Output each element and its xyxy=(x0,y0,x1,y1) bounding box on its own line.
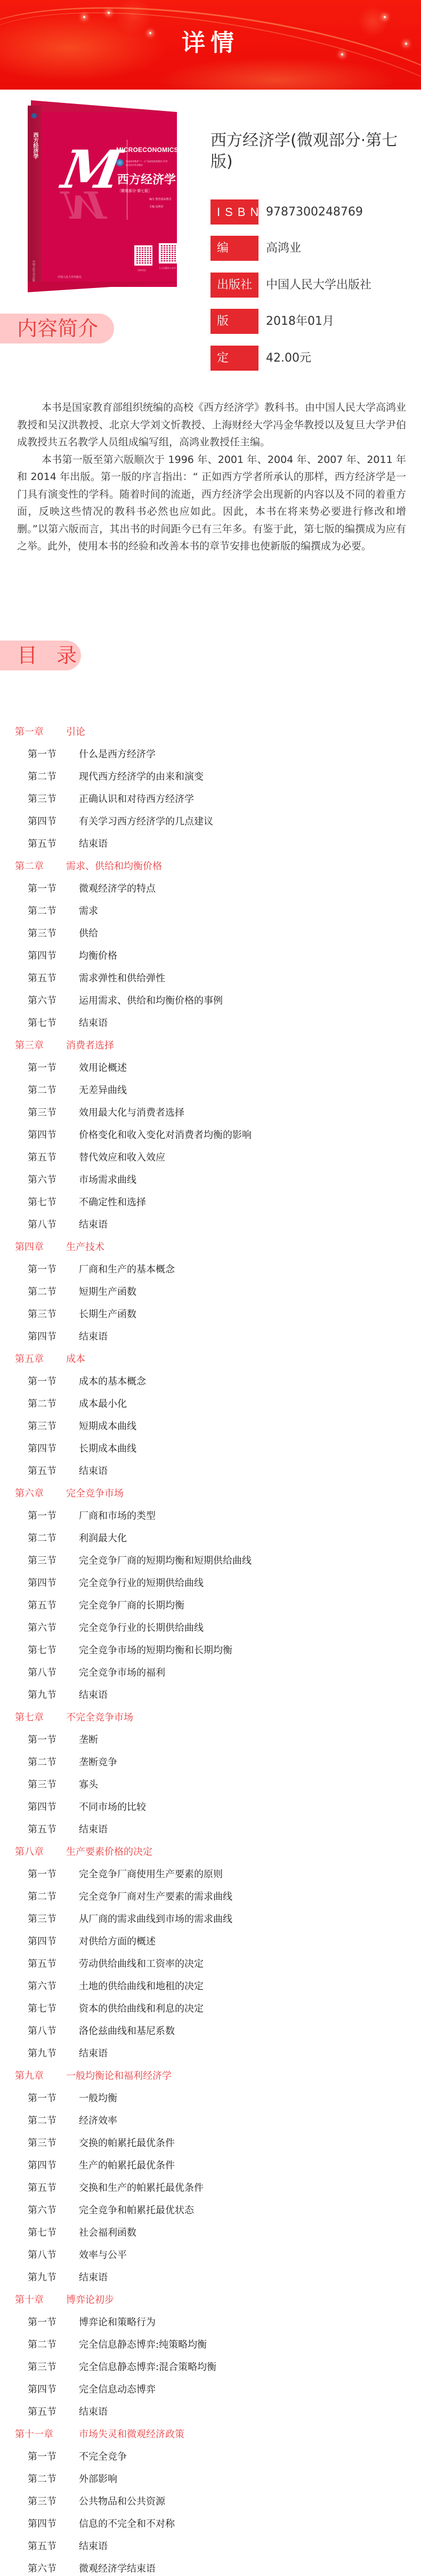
chapter-title: 成本 xyxy=(66,1354,85,1365)
section-title: 结束语 xyxy=(79,2541,108,2552)
section-title: 市场需求曲线 xyxy=(79,1174,136,1186)
section-number: 第三节 xyxy=(28,2356,79,2379)
section-number: 第六节 xyxy=(28,1617,79,1639)
chapter-number: 第七章 xyxy=(15,1707,66,1729)
sparkle-icon xyxy=(108,12,110,14)
section-title: 交换的帕累托最优条件 xyxy=(79,2138,175,2149)
toc-section[interactable]: 第二节无差异曲线 xyxy=(15,1079,409,1102)
section-number: 第五节 xyxy=(28,1147,79,1169)
section-title: 结束语 xyxy=(79,1690,108,1701)
section-title: 信息的不完全和不对称 xyxy=(79,2518,175,2530)
toc-chapter[interactable]: 第四章生产技术 xyxy=(15,1236,409,1259)
toc-section[interactable]: 第五节结束语 xyxy=(15,2535,409,2558)
section-number: 第七节 xyxy=(28,1012,79,1035)
toc-section[interactable]: 第一节厂商和市场的类型 xyxy=(15,1505,409,1527)
toc-section[interactable]: 第五节结束语 xyxy=(15,833,409,855)
cover-editor-line: 主编 高鸿业 xyxy=(149,205,164,209)
section-title: 利润最大化 xyxy=(79,1533,127,1544)
toc-chapter[interactable]: 第二章需求、供给和均衡价格 xyxy=(15,855,409,878)
series-badge-icon xyxy=(116,159,124,166)
section-number: 第六节 xyxy=(28,1169,79,1191)
section-number: 第一节 xyxy=(28,1505,79,1527)
toc-section[interactable]: 第四节价格变化和收入变化对消费者均衡的影响 xyxy=(15,1124,409,1147)
page-title: 详情 xyxy=(0,23,421,58)
toc-section[interactable]: 第四节生产的帕累托最优条件 xyxy=(15,2155,409,2177)
section-number: 第九节 xyxy=(28,1684,79,1707)
section-title: 结束语 xyxy=(79,2272,108,2283)
toc-section[interactable]: 第二节利润最大化 xyxy=(15,1527,409,1550)
toc-section[interactable]: 第五节结束语 xyxy=(15,1460,409,1483)
chapter-number: 第三章 xyxy=(15,1035,66,1057)
section-number: 第一节 xyxy=(28,1259,79,1281)
section-number: 第二节 xyxy=(28,1281,79,1303)
section-number: 第二节 xyxy=(28,900,79,923)
toc-section[interactable]: 第六节微观经济学结束语 xyxy=(15,2558,409,2576)
toc-section[interactable]: 第二节完全信息静态博弈:纯策略均衡 xyxy=(15,2334,409,2356)
section-number: 第五节 xyxy=(28,833,79,855)
book-front: M M MICROECONOMICS 普通高等教育“十一五”国家级规划教材 21… xyxy=(42,112,177,287)
book-cover-image: 西方经济学 中国人民大学出版社 M M MICROECONOMICS 普通高等教… xyxy=(28,100,177,292)
cover-english-title: MICROECONOMICS xyxy=(116,146,179,154)
section-number: 第四节 xyxy=(28,811,79,833)
section-number: 第六节 xyxy=(28,2558,79,2576)
chapter-title: 引论 xyxy=(66,726,85,738)
toc-section[interactable]: 第五节结束语 xyxy=(15,1819,409,1841)
toc-section[interactable]: 第一节微观经济学的特点 xyxy=(15,878,409,900)
info-value-price: 42.00元 xyxy=(266,346,311,371)
section-title: 资本的供给曲线和利息的决定 xyxy=(79,2003,204,2014)
chapter-title: 生产技术 xyxy=(66,1242,104,1253)
section-title: 劳动供给曲线和工资率的决定 xyxy=(79,1958,204,1970)
book-spine: 西方经济学 中国人民大学出版社 xyxy=(28,106,42,287)
section-number: 第八节 xyxy=(28,2244,79,2267)
toc-section[interactable]: 第五节需求弹性和供给弹性 xyxy=(15,967,409,990)
toc-section[interactable]: 第三节供给 xyxy=(15,923,409,945)
section-title: 完全竞争和帕累托最优状态 xyxy=(79,2205,194,2216)
section-number: 第三节 xyxy=(28,1550,79,1572)
toc-section[interactable]: 第三节效用最大化与消费者选择 xyxy=(15,1102,409,1124)
section-title: 长期成本曲线 xyxy=(79,1443,136,1454)
info-value-author: 高鸿业 xyxy=(266,236,301,261)
section-title: 社会福利函数 xyxy=(79,2227,136,2238)
section-title: 一般均衡 xyxy=(79,2093,117,2104)
info-label: 出版社 xyxy=(210,273,258,298)
section-title: 寡头 xyxy=(79,1779,98,1790)
chapter-number: 第二章 xyxy=(15,855,66,878)
section-number: 第四节 xyxy=(28,2155,79,2177)
intro-paragraph: 本书第一版至第六版顺次于 1996 年、2001 年、2004 年、2007 年… xyxy=(17,451,406,555)
section-number: 第四节 xyxy=(28,2379,79,2401)
section-heading-intro: 内容简介 xyxy=(0,314,114,343)
toc-section[interactable]: 第五节完全竞争厂商的长期均衡 xyxy=(15,1595,409,1617)
qr-code-icon xyxy=(134,245,152,266)
section-title: 短期成本曲线 xyxy=(79,1421,136,1432)
chapter-title: 不完全竞争市场 xyxy=(66,1712,133,1723)
section-number: 第二节 xyxy=(28,2468,79,2491)
chapter-title: 需求、供给和均衡价格 xyxy=(66,861,162,872)
section-number: 第三节 xyxy=(28,1102,79,1124)
section-title: 结束语 xyxy=(79,1824,108,1835)
section-number: 第七节 xyxy=(28,1998,79,2020)
section-title: 效用最大化与消费者选择 xyxy=(79,1107,184,1118)
section-title: 现代西方经济学的由来和演变 xyxy=(79,771,204,782)
cover-series-text: 普通高等教育“十一五”国家级规划教材 21世纪经济学系列教材 xyxy=(126,159,168,167)
info-row-isbn: ISBN 9787300248769 xyxy=(210,199,413,225)
section-number: 第四节 xyxy=(28,1326,79,1348)
section-number: 第四节 xyxy=(28,2513,79,2535)
toc-chapter[interactable]: 第九章一般均衡论和福利经济学 xyxy=(15,2065,409,2087)
section-number: 第四节 xyxy=(28,1796,79,1819)
header-banner: 详情 xyxy=(0,0,421,90)
toc-section[interactable]: 第九节结束语 xyxy=(15,2267,409,2289)
toc-section[interactable]: 第四节不同市场的比较 xyxy=(15,1796,409,1819)
section-title: 微观经济学结束语 xyxy=(79,2563,156,2574)
toc-section[interactable]: 第三节公共物品和公共资源 xyxy=(15,2491,409,2513)
section-title: 从厂商的需求曲线到市场的需求曲线 xyxy=(79,1914,232,1925)
toc-section[interactable]: 第一节厂商和生产的基本概念 xyxy=(15,1259,409,1281)
toc-section[interactable]: 第一节一般均衡 xyxy=(15,2087,409,2110)
section-heading-toc: 目 录 xyxy=(0,641,81,670)
cover-publisher: 中国人民大学出版社 xyxy=(58,275,82,279)
toc-section[interactable]: 第二节完全竞争厂商对生产要素的需求曲线 xyxy=(15,1886,409,1908)
section-title: 完全竞争市场的福利 xyxy=(79,1667,165,1678)
section-heading-text: 内容简介 xyxy=(17,314,98,343)
toc-chapter[interactable]: 第五章成本 xyxy=(15,1348,409,1371)
section-number: 第四节 xyxy=(28,1438,79,1460)
qr-label: 人大出版社公众号 xyxy=(159,267,176,270)
toc-chapter[interactable]: 第七章不完全竞争市场 xyxy=(15,1707,409,1729)
section-number: 第一节 xyxy=(28,1863,79,1886)
section-number: 第一节 xyxy=(28,2311,79,2334)
toc-section[interactable]: 第六节运用需求、供给和均衡价格的事例 xyxy=(15,990,409,1012)
section-title: 洛伦兹曲线和基尼系数 xyxy=(79,2026,175,2037)
section-number: 第九节 xyxy=(28,2043,79,2065)
section-title: 不确定性和选择 xyxy=(79,1197,146,1208)
section-title: 完全信息静态博弈:纯策略均衡 xyxy=(79,2339,207,2350)
toc-section[interactable]: 第六节土地的供给曲线和地租的决定 xyxy=(15,1975,409,1998)
toc-section[interactable]: 第七节完全竞争市场的短期均衡和长期均衡 xyxy=(15,1639,409,1662)
toc-section[interactable]: 第一节垄断 xyxy=(15,1729,409,1751)
toc-section[interactable]: 第四节有关学习西方经济学的几点建议 xyxy=(15,811,409,833)
section-number: 第五节 xyxy=(28,1595,79,1617)
section-title: 厂商和市场的类型 xyxy=(79,1510,156,1522)
chapter-title: 博弈论初步 xyxy=(66,2294,114,2306)
toc-section[interactable]: 第四节均衡价格 xyxy=(15,945,409,967)
section-number: 第四节 xyxy=(28,945,79,967)
section-heading-text: 目 录 xyxy=(17,641,83,670)
toc-section[interactable]: 第六节完全竞争行业的长期供给曲线 xyxy=(15,1617,409,1639)
section-title: 效率与公平 xyxy=(79,2250,127,2261)
section-number: 第八节 xyxy=(28,1214,79,1236)
section-number: 第二节 xyxy=(28,1751,79,1774)
toc-section[interactable]: 第五节交换和生产的帕累托最优条件 xyxy=(15,2177,409,2199)
section-title: 完全信息动态博弈 xyxy=(79,2384,156,2395)
chapter-title: 市场失灵和微观经济政策 xyxy=(79,2429,184,2440)
section-number: 第一节 xyxy=(28,2087,79,2110)
info-label: 定 价 xyxy=(210,346,258,371)
section-title: 完全竞争厂商使用生产要素的原则 xyxy=(79,1869,223,1880)
section-title: 外部影响 xyxy=(79,2474,117,2485)
section-title: 土地的供给曲线和地租的决定 xyxy=(79,1981,204,1992)
section-title: 价格变化和收入变化对消费者均衡的影响 xyxy=(79,1130,252,1141)
chapter-number: 第十一章 xyxy=(15,2423,79,2446)
qr-code-icon xyxy=(159,243,177,263)
section-number: 第六节 xyxy=(28,990,79,1012)
section-number: 第五节 xyxy=(28,1460,79,1483)
section-title: 完全竞争行业的长期供给曲线 xyxy=(79,1622,204,1634)
section-number: 第六节 xyxy=(28,2199,79,2222)
section-number: 第一节 xyxy=(28,1729,79,1751)
section-number: 第三节 xyxy=(28,2132,79,2155)
toc-section[interactable]: 第二节外部影响 xyxy=(15,2468,409,2491)
intro-text: 本书是国家教育部组织统编的高校《西方经济学》教科书。由中国人民大学高鸿业教授和吴… xyxy=(17,399,406,555)
section-number: 第五节 xyxy=(28,1819,79,1841)
section-title: 垄断 xyxy=(79,1734,98,1746)
section-title: 不完全竞争 xyxy=(79,2451,127,2462)
toc-section[interactable]: 第九节结束语 xyxy=(15,1684,409,1707)
toc-section[interactable]: 第八节完全竞争市场的福利 xyxy=(15,1662,409,1684)
chapter-title: 消费者选择 xyxy=(66,1040,114,1051)
toc-chapter[interactable]: 第八章生产要素价格的决定 xyxy=(15,1841,409,1863)
section-number: 第一节 xyxy=(28,1371,79,1393)
table-of-contents: 第一章引论第一节什么是西方经济学第二节现代西方经济学的由来和演变第三节正确认识和… xyxy=(15,721,409,2576)
chapter-number: 第一章 xyxy=(15,721,66,743)
toc-chapter[interactable]: 第十章博弈论初步 xyxy=(15,2289,409,2311)
section-number: 第一节 xyxy=(28,2446,79,2468)
cover-subtitle: ［微观部分·第七版］ xyxy=(117,188,152,194)
info-value-publisher: 中国人民大学出版社 xyxy=(266,273,371,298)
section-title: 结束语 xyxy=(79,2406,108,2418)
section-title: 效用论概述 xyxy=(79,1062,127,1074)
section-number: 第二节 xyxy=(28,2334,79,2356)
toc-chapter[interactable]: 第六章完全竞争市场 xyxy=(15,1483,409,1505)
toc-section[interactable]: 第一节完全竞争厂商使用生产要素的原则 xyxy=(15,1863,409,1886)
toc-section[interactable]: 第一节成本的基本概念 xyxy=(15,1371,409,1393)
section-number: 第八节 xyxy=(28,2020,79,2043)
toc-section[interactable]: 第八节结束语 xyxy=(15,1214,409,1236)
toc-chapter[interactable]: 第十一章市场失灵和微观经济政策 xyxy=(15,2423,409,2446)
section-title: 生产的帕累托最优条件 xyxy=(79,2160,175,2171)
section-title: 什么是西方经济学 xyxy=(79,749,156,760)
section-title: 替代效应和收入效应 xyxy=(79,1152,165,1163)
section-number: 第九节 xyxy=(28,2267,79,2289)
section-title: 微观经济学的特点 xyxy=(79,883,156,894)
section-title: 经济效率 xyxy=(79,2115,117,2126)
section-title: 短期生产函数 xyxy=(79,1286,136,1298)
section-number: 第一节 xyxy=(28,743,79,766)
section-title: 完全竞争厂商对生产要素的需求曲线 xyxy=(79,1891,232,1902)
section-number: 第二节 xyxy=(28,1393,79,1415)
section-title: 需求 xyxy=(79,906,98,917)
section-number: 第五节 xyxy=(28,2535,79,2558)
toc-section[interactable]: 第四节信息的不完全和不对称 xyxy=(15,2513,409,2535)
section-number: 第三节 xyxy=(28,788,79,811)
sparkle-icon xyxy=(83,16,85,18)
section-number: 第七节 xyxy=(28,2222,79,2244)
section-title: 厂商和生产的基本概念 xyxy=(79,1264,175,1275)
toc-section[interactable]: 第二节成本最小化 xyxy=(15,1393,409,1415)
section-title: 供给 xyxy=(79,928,98,939)
section-title: 正确认识和对待西方经济学 xyxy=(79,794,194,805)
section-title: 完全信息静态博弈:混合策略均衡 xyxy=(79,2362,216,2373)
info-row-edition: 版 本 2018年01月 xyxy=(210,309,413,334)
section-title: 完全竞争行业的短期供给曲线 xyxy=(79,1578,204,1589)
toc-section[interactable]: 第三节完全信息静态博弈:混合策略均衡 xyxy=(15,2356,409,2379)
toc-section[interactable]: 第六节完全竞争和帕累托最优状态 xyxy=(15,2199,409,2222)
toc-section[interactable]: 第五节劳动供给曲线和工资率的决定 xyxy=(15,1953,409,1975)
info-label: 编 者 xyxy=(210,236,258,261)
info-value-edition: 2018年01月 xyxy=(266,309,334,334)
chapter-number: 第四章 xyxy=(15,1236,66,1259)
section-number: 第二节 xyxy=(28,2110,79,2132)
toc-section[interactable]: 第二节需求 xyxy=(15,900,409,923)
toc-section[interactable]: 第一节博弈论和策略行为 xyxy=(15,2311,409,2334)
toc-section[interactable]: 第二节经济效率 xyxy=(15,2110,409,2132)
toc-section[interactable]: 第七节不确定性和选择 xyxy=(15,1191,409,1214)
intro-paragraph: 本书是国家教育部组织统编的高校《西方经济学》教科书。由中国人民大学高鸿业教授和吴… xyxy=(17,399,406,451)
toc-section[interactable]: 第七节资本的供给曲线和利息的决定 xyxy=(15,1998,409,2020)
section-title: 公共物品和公共资源 xyxy=(79,2496,165,2507)
section-title: 结束语 xyxy=(79,2048,108,2059)
chapter-number: 第八章 xyxy=(15,1841,66,1863)
section-title: 对供给方面的概述 xyxy=(79,1936,156,1947)
section-number: 第五节 xyxy=(28,1953,79,1975)
toc-section[interactable]: 第九节结束语 xyxy=(15,2043,409,2065)
section-title: 不同市场的比较 xyxy=(79,1802,146,1813)
toc-section[interactable]: 第五节结束语 xyxy=(15,2401,409,2423)
section-title: 结束语 xyxy=(79,1331,108,1342)
info-label: ISBN xyxy=(210,199,258,225)
section-title: 博弈论和策略行为 xyxy=(79,2317,156,2328)
info-label: 版 本 xyxy=(210,309,258,334)
toc-section[interactable]: 第八节效率与公平 xyxy=(15,2244,409,2267)
section-number: 第三节 xyxy=(28,1415,79,1438)
book-bottom xyxy=(28,282,177,292)
toc-section[interactable]: 第二节垄断竞争 xyxy=(15,1751,409,1774)
section-number: 第四节 xyxy=(28,1572,79,1595)
toc-section[interactable]: 第三节寡头 xyxy=(15,1774,409,1796)
toc-section[interactable]: 第八节洛伦兹曲线和基尼系数 xyxy=(15,2020,409,2043)
toc-section[interactable]: 第三节短期成本曲线 xyxy=(15,1415,409,1438)
section-number: 第五节 xyxy=(28,2177,79,2199)
chapter-number: 第五章 xyxy=(15,1348,66,1371)
section-title: 交换和生产的帕累托最优条件 xyxy=(79,2182,204,2194)
toc-chapter[interactable]: 第一章引论 xyxy=(15,721,409,743)
publisher-logo-icon xyxy=(31,113,37,118)
section-number: 第三节 xyxy=(28,923,79,945)
section-title: 完全竞争厂商的短期均衡和短期供给曲线 xyxy=(79,1555,252,1566)
section-title: 结束语 xyxy=(79,838,108,850)
section-number: 第三节 xyxy=(28,1774,79,1796)
toc-section[interactable]: 第七节结束语 xyxy=(15,1012,409,1035)
info-row-publisher: 出版社 中国人民大学出版社 xyxy=(210,273,413,298)
toc-section[interactable]: 第二节现代西方经济学的由来和演变 xyxy=(15,766,409,788)
cover-title: 西方经济学 xyxy=(117,171,176,187)
section-number: 第八节 xyxy=(28,1662,79,1684)
cover-editor-line: 编写 教育部高教司 xyxy=(149,197,172,201)
section-number: 第七节 xyxy=(28,1639,79,1662)
toc-section[interactable]: 第三节正确认识和对待西方经济学 xyxy=(15,788,409,811)
book-title: 西方经济学(微观部分·第七版) xyxy=(210,130,408,173)
toc-section[interactable]: 第七节社会福利函数 xyxy=(15,2222,409,2244)
section-title: 无差异曲线 xyxy=(79,1085,127,1096)
section-title: 结束语 xyxy=(79,1018,108,1029)
toc-section[interactable]: 第一节不完全竞争 xyxy=(15,2446,409,2468)
section-number: 第一节 xyxy=(28,878,79,900)
section-number: 第五节 xyxy=(28,2401,79,2423)
chapter-number: 第十章 xyxy=(15,2289,66,2311)
sparkle-icon xyxy=(384,16,386,18)
section-number: 第四节 xyxy=(28,1124,79,1147)
toc-section[interactable]: 第三节从厂商的需求曲线到市场的需求曲线 xyxy=(15,1908,409,1931)
info-row-author: 编 者 高鸿业 xyxy=(210,236,413,261)
toc-section[interactable]: 第一节效用论概述 xyxy=(15,1057,409,1079)
toc-section[interactable]: 第五节替代效应和收入效应 xyxy=(15,1147,409,1169)
chapter-number: 第六章 xyxy=(15,1483,66,1505)
section-title: 有关学习西方经济学的几点建议 xyxy=(79,816,213,827)
section-number: 第三节 xyxy=(28,1303,79,1326)
toc-section[interactable]: 第三节完全竞争厂商的短期均衡和短期供给曲线 xyxy=(15,1550,409,1572)
section-title: 均衡价格 xyxy=(79,950,117,962)
section-title: 完全竞争厂商的长期均衡 xyxy=(79,1600,184,1611)
section-title: 成本的基本概念 xyxy=(79,1376,146,1387)
toc-section[interactable]: 第六节市场需求曲线 xyxy=(15,1169,409,1191)
section-number: 第二节 xyxy=(28,1886,79,1908)
section-title: 结束语 xyxy=(79,1219,108,1230)
section-title: 垄断竞争 xyxy=(79,1757,117,1768)
toc-section[interactable]: 第一节什么是西方经济学 xyxy=(15,743,409,766)
toc-section[interactable]: 第三节交换的帕累托最优条件 xyxy=(15,2132,409,2155)
section-number: 第五节 xyxy=(28,967,79,990)
toc-section[interactable]: 第四节结束语 xyxy=(15,1326,409,1348)
section-number: 第六节 xyxy=(28,1975,79,1998)
chapter-title: 生产要素价格的决定 xyxy=(66,1846,152,1858)
section-number: 第二节 xyxy=(28,766,79,788)
toc-section[interactable]: 第三节长期生产函数 xyxy=(15,1303,409,1326)
section-title: 完全竞争市场的短期均衡和长期均衡 xyxy=(79,1645,232,1656)
section-title: 结束语 xyxy=(79,1466,108,1477)
toc-section[interactable]: 第四节完全竞争行业的短期供给曲线 xyxy=(15,1572,409,1595)
section-title: 长期生产函数 xyxy=(79,1309,136,1320)
info-row-price: 定 价 42.00元 xyxy=(210,346,413,371)
section-number: 第二节 xyxy=(28,1079,79,1102)
cover-m-reflection: M xyxy=(60,186,108,223)
chapter-title: 一般均衡论和福利经济学 xyxy=(66,2070,172,2082)
section-number: 第三节 xyxy=(28,1908,79,1931)
section-title: 需求弹性和供给弹性 xyxy=(79,973,165,984)
section-number: 第二节 xyxy=(28,1527,79,1550)
toc-section[interactable]: 第四节长期成本曲线 xyxy=(15,1438,409,1460)
section-number: 第三节 xyxy=(28,2491,79,2513)
toc-section[interactable]: 第四节对供给方面的概述 xyxy=(15,1931,409,1953)
toc-chapter[interactable]: 第三章消费者选择 xyxy=(15,1035,409,1057)
section-title: 运用需求、供给和均衡价格的事例 xyxy=(79,995,223,1006)
section-number: 第七节 xyxy=(28,1191,79,1214)
section-number: 第一节 xyxy=(28,1057,79,1079)
chapter-title: 完全竞争市场 xyxy=(66,1488,124,1499)
qr-label: 扫码关注 xyxy=(137,269,146,272)
toc-section[interactable]: 第四节完全信息动态博弈 xyxy=(15,2379,409,2401)
section-number: 第四节 xyxy=(28,1931,79,1953)
spine-title: 西方经济学 xyxy=(31,132,39,159)
spine-publisher: 中国人民大学出版社 xyxy=(32,260,36,284)
section-title: 成本最小化 xyxy=(79,1398,127,1410)
toc-section[interactable]: 第二节短期生产函数 xyxy=(15,1281,409,1303)
chapter-number: 第九章 xyxy=(15,2065,66,2087)
info-value-isbn: 9787300248769 xyxy=(266,199,363,225)
